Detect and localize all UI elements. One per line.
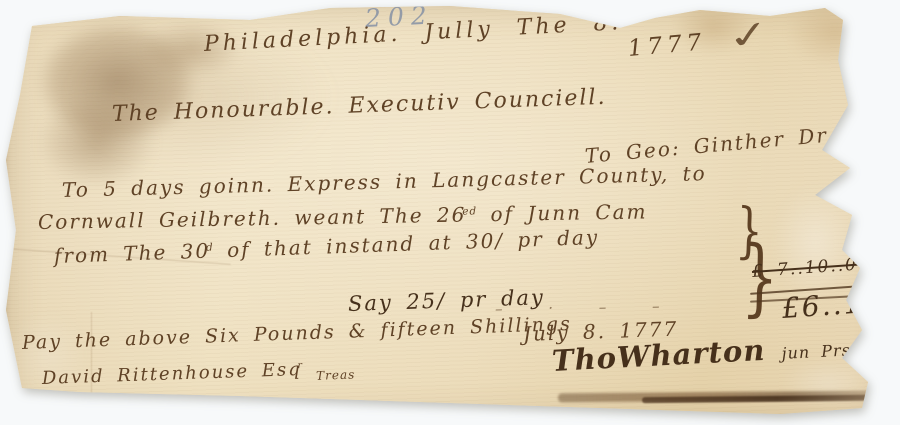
paper-shadow-wrap: 202 Philadelphia. Jully The 8:ed 1777 ✓ … bbox=[0, 0, 900, 425]
treasurer-esq-superscript: r bbox=[297, 360, 303, 371]
stain-top-right-2 bbox=[774, 0, 896, 80]
scan-background: 202 Philadelphia. Jully The 8:ed 1777 ✓ … bbox=[0, 0, 900, 425]
charge-line-2-superscript: ed bbox=[462, 205, 477, 217]
dateline-day: 8: bbox=[593, 10, 624, 37]
treasurer-title: Treas bbox=[316, 367, 356, 382]
manuscript-paper: 202 Philadelphia. Jully The 8:ed 1777 ✓ … bbox=[6, 4, 890, 420]
signature-suffix: jun Prs bbox=[781, 340, 851, 363]
charge-line-2-tail: of Junn Cam bbox=[477, 199, 648, 226]
amount-final-dash: – bbox=[864, 300, 876, 324]
dateline-day-suffix: ed bbox=[618, 9, 635, 24]
